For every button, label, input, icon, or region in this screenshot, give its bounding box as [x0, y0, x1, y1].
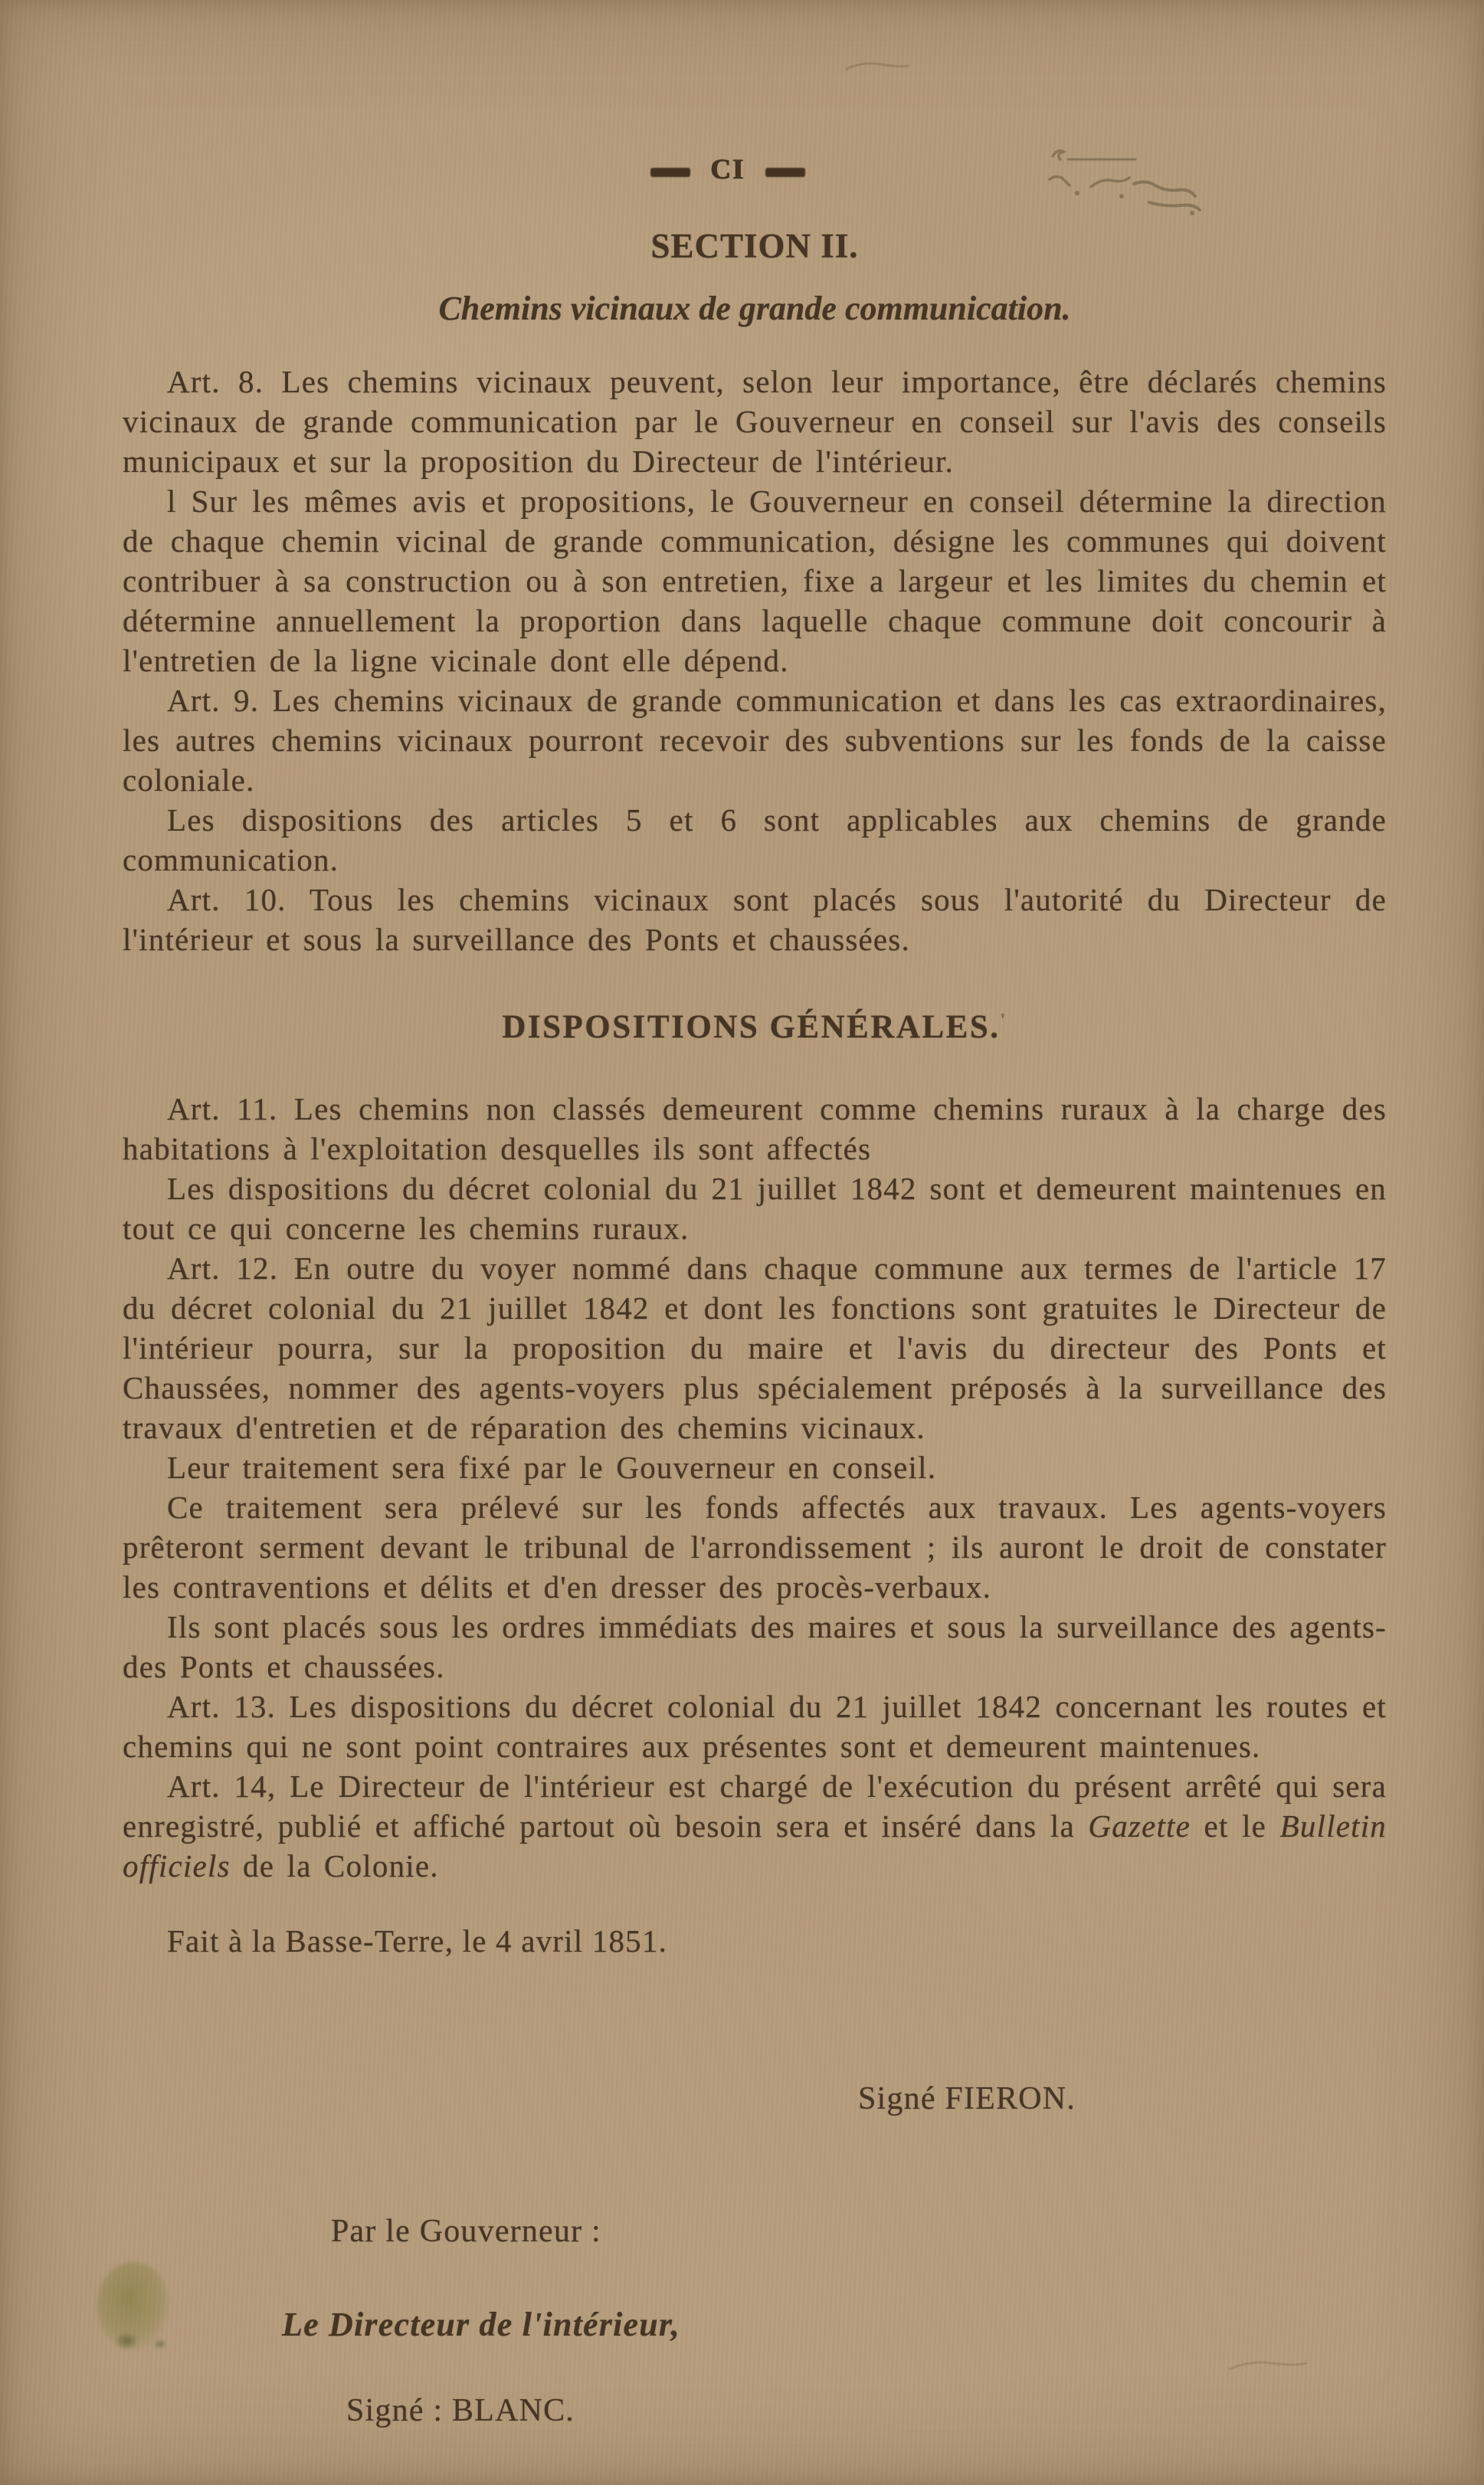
- text-run: de la Colonie.: [231, 1848, 439, 1883]
- text-run: Art. 8. Les chemins vicinaux peuvent, se…: [123, 364, 1387, 479]
- paragraph: Les dispositions des articles 5 et 6 son…: [123, 800, 1387, 880]
- italic-text-run: Gazette: [1088, 1808, 1191, 1844]
- general-provisions-heading: DISPOSITIONS GÉNÉRALES.': [123, 1008, 1387, 1046]
- text-run: Art. 11. Les chemins non classés demeure…: [123, 1091, 1387, 1166]
- dash-ornament: [650, 168, 690, 177]
- paragraph: Art. 11. Les chemins non classés demeure…: [123, 1089, 1387, 1169]
- page-number-text: CI: [710, 154, 745, 185]
- paragraph: Leur traitement sera fixé par le Gouvern…: [123, 1447, 1387, 1487]
- by-the-governor-line: Par le Gouverneur :: [331, 2213, 601, 2250]
- section-heading: SECTION II.: [123, 226, 1387, 266]
- paragraph: Art. 10. Tous les chemins vicinaux sont …: [123, 880, 1387, 959]
- text-run: Ils sont placés sous les ordres immédiat…: [123, 1609, 1387, 1684]
- text-run: l Sur les mêmes avis et propositions, le…: [123, 484, 1387, 678]
- dash-ornament: [765, 168, 805, 177]
- text-run: Art. 13. Les dispositions du décret colo…: [123, 1689, 1387, 1764]
- paragraph: Ce traitement sera prélevé sur les fonds…: [123, 1487, 1387, 1607]
- paragraph: Art. 8. Les chemins vicinaux peuvent, se…: [123, 362, 1387, 481]
- pencil-mark: [1226, 2354, 1310, 2377]
- paragraph: Art. 9. Les chemins vicinaux de grande c…: [123, 680, 1387, 800]
- dateline: Fait à la Basse-Terre, le 4 avril 1851.: [123, 1921, 1387, 1961]
- paragraph: Les dispositions du décret colonial du 2…: [123, 1169, 1387, 1248]
- signature-governor: Signé FIERON.: [858, 2080, 1076, 2117]
- paragraph: Art. 12. En outre du voyer nommé dans ch…: [123, 1248, 1387, 1447]
- paragraph: Art. 14, Le Directeur de l'intérieur est…: [123, 1766, 1387, 1886]
- print-mark: ': [1000, 1011, 1007, 1031]
- paragraph: l Sur les mêmes avis et propositions, le…: [123, 481, 1387, 680]
- general-heading-text: DISPOSITIONS GÉNÉRALES.: [502, 1009, 1000, 1045]
- text-run: Les dispositions des articles 5 et 6 son…: [123, 802, 1387, 877]
- text-run: Art. 12. En outre du voyer nommé dans ch…: [123, 1251, 1387, 1445]
- scanned-document-page: CI SECTION II. Chemins vicinaux de grand…: [0, 0, 1484, 2485]
- section-subtitle: Chemins vicinaux de grande communication…: [123, 289, 1387, 328]
- paragraph: Ils sont placés sous les ordres immédiat…: [123, 1607, 1387, 1687]
- text-run: Ce traitement sera prélevé sur les fonds…: [123, 1490, 1387, 1605]
- ink-stain-dot: [115, 2333, 138, 2349]
- text-run: Art. 10. Tous les chemins vicinaux sont …: [123, 882, 1387, 957]
- ink-stain-dot: [153, 2339, 167, 2349]
- text-run: et le: [1191, 1808, 1280, 1844]
- paragraph: Art. 13. Les dispositions du décret colo…: [123, 1687, 1387, 1766]
- paragraph-block-2: Art. 11. Les chemins non classés demeure…: [123, 1089, 1387, 1886]
- pencil-mark: [843, 55, 912, 78]
- director-title-line: Le Directeur de l'intérieur,: [282, 2305, 680, 2344]
- text-column: CI SECTION II. Chemins vicinaux de grand…: [123, 153, 1387, 1961]
- text-run: Leur traitement sera fixé par le Gouvern…: [167, 1450, 936, 1485]
- paragraph-block-1: Art. 8. Les chemins vicinaux peuvent, se…: [123, 362, 1387, 959]
- text-run: Les dispositions du décret colonial du 2…: [123, 1171, 1387, 1246]
- signature-director: Signé : BLANC.: [346, 2392, 575, 2429]
- pencil-scribble: [1042, 139, 1241, 231]
- text-run: Art. 9. Les chemins vicinaux de grande c…: [123, 683, 1387, 798]
